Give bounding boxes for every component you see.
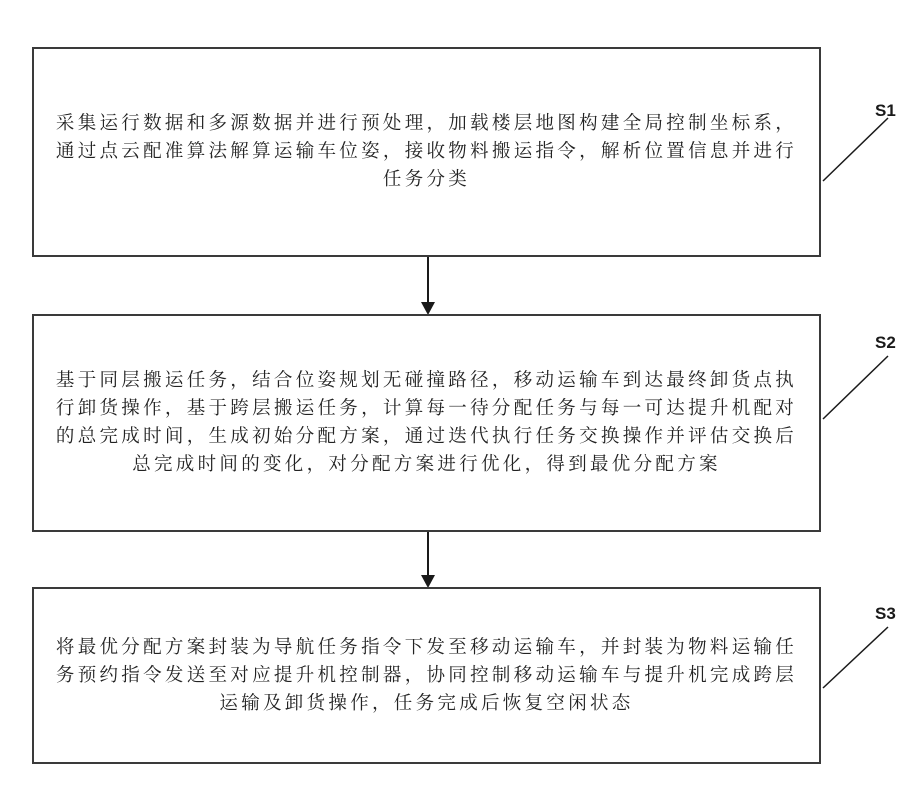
leader-line-s1 <box>823 118 888 181</box>
leader-line-s3 <box>823 627 888 688</box>
leader-line-s2 <box>823 356 888 419</box>
step-label-s3: S3 <box>875 604 896 624</box>
arrow-down-icon <box>427 257 429 313</box>
arrow-down-icon <box>427 532 429 586</box>
step-label-s2: S2 <box>875 333 896 353</box>
step-box-s2: 基于同层搬运任务，结合位姿规划无碰撞路径，移动运输车到达最终卸货点执行卸货操作，… <box>32 314 821 532</box>
step-label-s1: S1 <box>875 101 896 121</box>
step-text-s2: 基于同层搬运任务，结合位姿规划无碰撞路径，移动运输车到达最终卸货点执行卸货操作，… <box>47 367 807 479</box>
step-box-s1: 采集运行数据和多源数据并进行预处理，加载楼层地图构建全局控制坐标系，通过点云配准… <box>32 47 821 257</box>
step-text-s3: 将最优分配方案封装为导航任务指令下发至移动运输车，并封装为物料运输任务预约指令发… <box>47 634 807 718</box>
step-text-s1: 采集运行数据和多源数据并进行预处理，加载楼层地图构建全局控制坐标系，通过点云配准… <box>47 110 807 194</box>
step-box-s3: 将最优分配方案封装为导航任务指令下发至移动运输车，并封装为物料运输任务预约指令发… <box>32 587 821 764</box>
